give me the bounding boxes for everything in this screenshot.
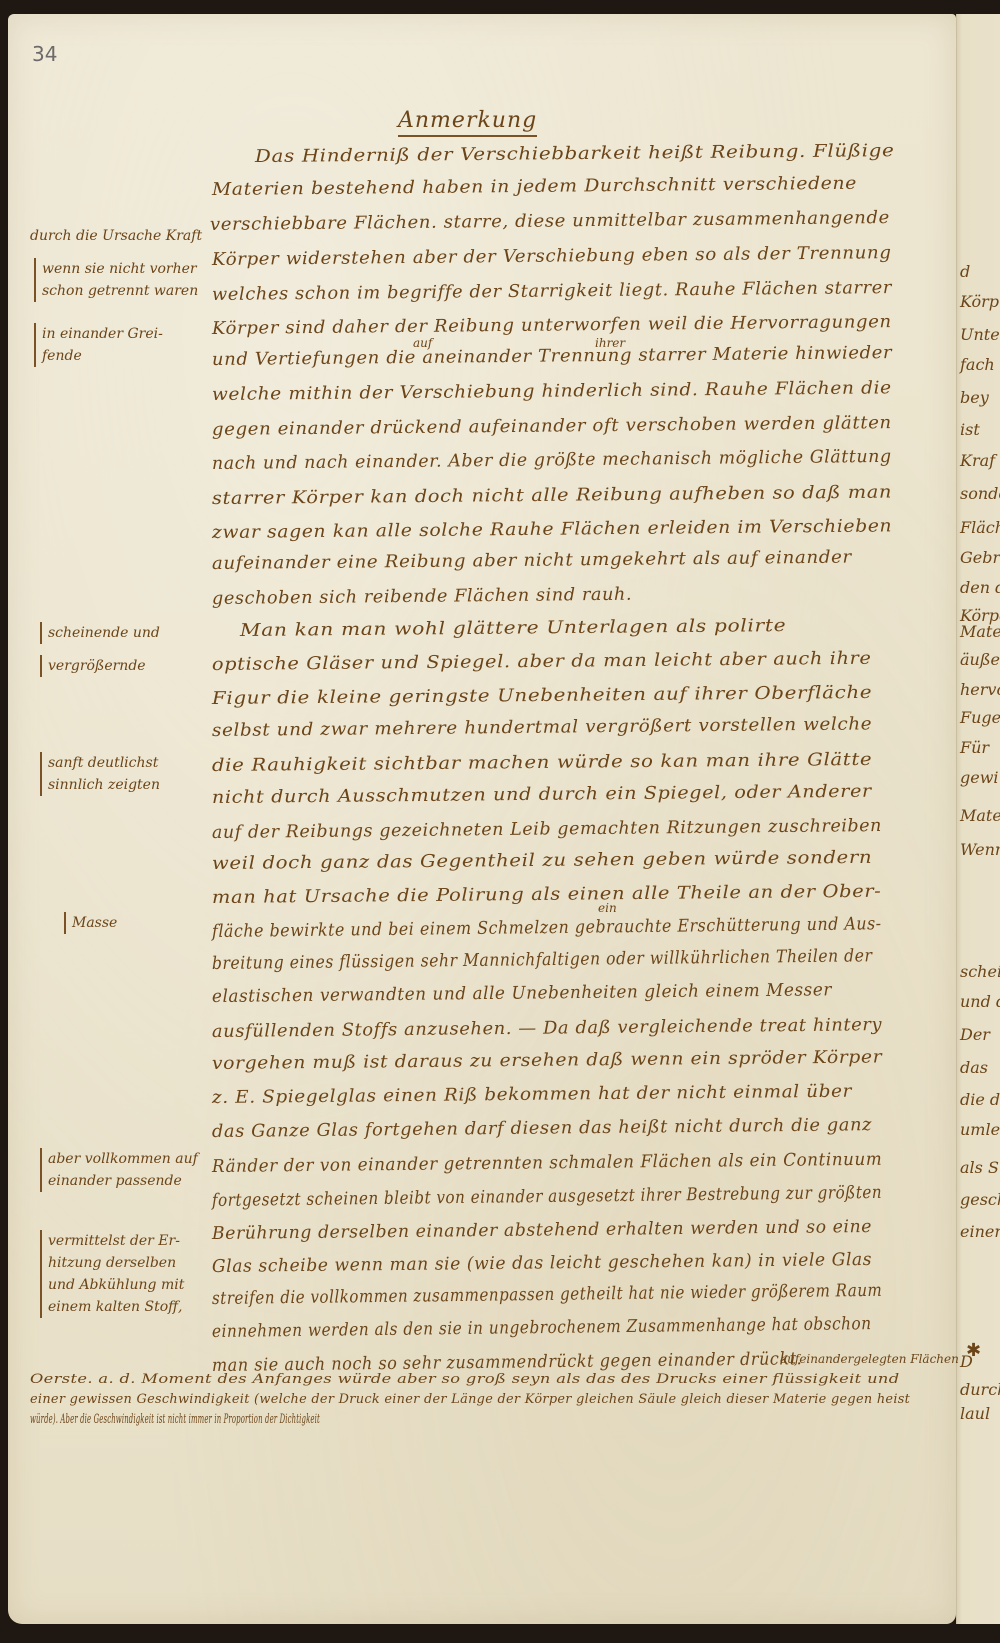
interlinear-insertion: ihrer xyxy=(595,336,625,350)
adjacent-page-fragment: Wenn xyxy=(960,840,1000,859)
adjacent-page-fragment: die d xyxy=(960,1090,1000,1109)
interlinear-insertion: ein xyxy=(598,901,617,915)
adjacent-page-fragment: schei xyxy=(960,962,1000,981)
margin-note: Masse xyxy=(64,912,117,934)
adjacent-page-fragment: durch xyxy=(960,1380,1000,1399)
margin-note: in einander Grei- fende xyxy=(34,323,163,367)
adjacent-page-fragment: das xyxy=(960,1058,988,1077)
adjacent-page-fragment: Mate xyxy=(960,806,1000,825)
adjacent-page-fragment: umle xyxy=(960,1120,1000,1139)
adjacent-page-fragment: gewi xyxy=(960,768,999,787)
adjacent-page-fragment: einer xyxy=(960,1222,1000,1241)
adjacent-page-fragment: sonde xyxy=(960,484,1000,503)
adjacent-page-fragment: Körp xyxy=(960,292,999,311)
interlinear-insertion: aufeinandergelegten Flächen xyxy=(780,1352,959,1366)
margin-note: aber vollkommen auf einander passende xyxy=(40,1148,198,1192)
adjacent-page-fragment: fach xyxy=(960,355,995,374)
adjacent-page-fragment: äußer xyxy=(960,650,1000,669)
asterisk-mark: ✱ xyxy=(966,1340,981,1361)
adjacent-page-fragment: Kraf xyxy=(960,451,995,470)
adjacent-page-fragment: gesch xyxy=(960,1190,1000,1209)
margin-note: wenn sie nicht vorher schon getrennt war… xyxy=(34,258,198,302)
adjacent-page-fragment: Der xyxy=(960,1025,990,1044)
adjacent-page-fragment: den d xyxy=(960,578,1000,597)
margin-note: vergrößernde xyxy=(40,655,146,677)
adjacent-page-fragment: d xyxy=(960,262,970,281)
adjacent-page-fragment: hervo xyxy=(960,680,1000,699)
adjacent-page-fragment: Fuge xyxy=(960,708,1000,727)
adjacent-page-fragment: Fläch xyxy=(960,518,1000,537)
margin-note: durch die Ursache Kraft xyxy=(30,225,202,247)
adjacent-page-fragment: laul xyxy=(960,1404,990,1423)
margin-note: scheinende und xyxy=(40,622,160,644)
adjacent-page-fragment: Unter xyxy=(960,325,1000,344)
adjacent-page-fragment: und d xyxy=(960,992,1000,1011)
adjacent-page-fragment: Gebr xyxy=(960,548,1000,567)
footnote-line: Oerste. a. d. Moment des Anfanges würde … xyxy=(30,1372,900,1387)
page-heading: Anmerkung xyxy=(398,108,537,137)
adjacent-page-fragment: Für xyxy=(960,738,989,757)
footnote-line: einer gewissen Geschwindigkeit (welche d… xyxy=(30,1392,910,1407)
interlinear-insertion: auf xyxy=(413,336,432,350)
adjacent-page-fragment: Mate xyxy=(960,622,1000,641)
adjacent-page-fragment: bey xyxy=(960,388,989,407)
margin-note: sanft deutlichst sinnlich zeigten xyxy=(40,752,160,796)
margin-note: vermittelst der Er- hitzung derselben un… xyxy=(40,1230,184,1318)
footnote-line: würde). Aber die Geschwindigkeit ist nic… xyxy=(30,1412,320,1427)
folio-number: 34 xyxy=(32,42,57,66)
adjacent-page-fragment: als S xyxy=(960,1158,999,1177)
adjacent-page-fragment: ist xyxy=(960,420,980,439)
